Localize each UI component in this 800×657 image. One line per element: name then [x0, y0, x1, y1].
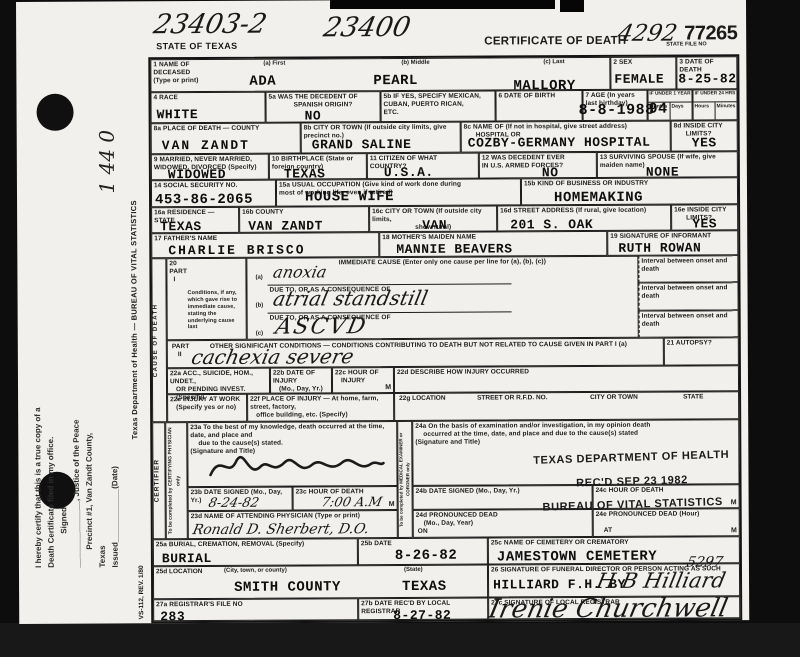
field-hour-of-injury: 22c HOUR OF INJURY M [332, 367, 394, 393]
field-informant-signature: 19 SIGNATURE OF INFORMANT RUTH ROWAN [607, 230, 738, 256]
sub-label-days: Days [671, 102, 692, 119]
field-label: 5b IF YES, SPECIFY MEXICAN, [381, 91, 494, 101]
field-occupation: 15a USUAL OCCUPATION (Give kind of work … [276, 178, 521, 206]
value-street: 201 S. OAK [510, 218, 593, 231]
value-inside-city-8d: YES [692, 136, 717, 149]
field-injury-at-work: 22e INJURY AT WORK (Specify yes or no) [167, 394, 247, 422]
field-23c-hour-of-death: 23c HOUR OF DEATH 7:00 A.M M [293, 486, 398, 511]
received-stamp: TEXAS DEPARTMENT OF HEALTH REC'D SEP 23 … [523, 443, 740, 521]
conditions-note: Conditions, if any, which gave rise to i… [186, 289, 246, 332]
value-date-of-death: 8-25-82 [678, 72, 736, 85]
form-number-label: VS-112, REV. 1/80 [138, 479, 150, 619]
interval-label: Interval between onset and death [639, 283, 737, 301]
value-residence-state: TEXAS [160, 220, 202, 233]
field-label: (Specify yes or no) [168, 404, 246, 413]
value-age: 94 [649, 102, 668, 117]
margin-line: Issued____________(Date) [108, 291, 122, 567]
line-b-label: (b) [256, 303, 264, 309]
cause-line-b-handwriting: atrial standstill [271, 286, 430, 311]
field-marital-status: 9 MARRIED, NEVER MARRIED, WIDOWED, DIVOR… [151, 154, 269, 181]
handwritten-number: 23403-2 [151, 9, 270, 41]
value-industry: HOMEMAKING [554, 191, 643, 205]
sub-label-minutes: Minutes [716, 102, 737, 119]
field-label: (Mo., Day, Year) [414, 519, 592, 528]
field-disposition-location: 25d LOCATION (City, town, or county) (St… [153, 565, 488, 600]
field-label: 8b CITY OR TOWN (If outside city limits,… [302, 123, 460, 133]
scanner-artifact-bar [330, 0, 555, 9]
field-23a-certification: 23a To the best of my knowledge, death o… [187, 421, 397, 487]
at-label: AT [602, 526, 614, 535]
interval-box-a: Interval between onset and death [638, 255, 738, 283]
value-citizen: U.S.A. [384, 166, 434, 179]
hour-of-death-handwriting: 7:00 A.M [320, 495, 383, 510]
interval-label: Interval between onset and death [639, 256, 737, 274]
value-location-state: TEXAS [402, 580, 447, 594]
field-autopsy: 21 AUTOPSY? [664, 337, 739, 365]
funeral-director-signature-handwriting: H B Hilliard [595, 568, 728, 593]
cause-of-death-side-label: CAUSE OF DEATH [151, 258, 167, 422]
value-disposition-date: 8-26-82 [395, 549, 457, 563]
field-surviving-spouse: 13 SURVIVING SPOUSE (If wife, give maide… [597, 151, 738, 178]
value-armed-forces: NO [542, 166, 559, 179]
part-roman: II [176, 350, 184, 359]
cause-line-c-handwriting: ASCVD [273, 314, 370, 340]
field-race: 4 RACE WHITE [150, 92, 265, 124]
value-occupation: HOUSE WIFE [305, 190, 394, 204]
value-place-city: GRAND SALINE [312, 138, 412, 152]
field-label: IF UNDER 1 YEAR [648, 90, 691, 97]
attending-physician-handwriting: Ronald D. Sherbert, D.O. [191, 521, 371, 538]
field-label: 27a REGISTRAR'S FILE NO [154, 599, 357, 609]
field-mother-maiden-name: 18 MOTHER'S MAIDEN NAME MANNIE BEAVERS [379, 231, 607, 257]
field-if-under-24-hrs: IF UNDER 24 HRS Hours Minutes [692, 89, 737, 120]
cause-part1-lines: IMMEDIATE CAUSE (Enter only one cause pe… [246, 256, 638, 340]
field-place-city: 8b CITY OR TOWN (If outside city limits,… [301, 122, 461, 154]
margin-certification-text: I hereby certify that this is a true cop… [32, 291, 125, 567]
sub-label-first: (a) First [263, 61, 285, 67]
field-label: 19 SIGNATURE OF INFORMANT [608, 231, 737, 241]
certifying-physician-side-label: To be completed by CERTIFYING PHYSICIAN … [165, 422, 188, 539]
field-label: 23d NAME OF ATTENDING PHYSICIAN (Type or… [189, 511, 397, 521]
meridiem-mark: M [385, 384, 391, 391]
field-birthplace: 10 BIRTHPLACE (State or foreign country)… [269, 153, 367, 180]
medical-examiner-side-label: To be completed by MEDICAL EXAMINER or C… [397, 421, 413, 538]
field-label: 8d INSIDE CITY [672, 121, 737, 130]
location-label: 22g LOCATION [399, 395, 446, 402]
part-number: 20 [167, 259, 245, 269]
on-label: ON [416, 527, 430, 536]
field-label: 25c NAME OF CEMETERY OR CREMATORY [489, 537, 739, 547]
agency-vertical-label: Texas Department of Health — BUREAU OF V… [128, 59, 147, 439]
field-label: 2 SEX [611, 58, 675, 67]
field-label: IN U.S. ARMED FORCES? [480, 162, 596, 171]
field-label: IF UNDER 24 HRS [693, 90, 736, 97]
field-label: 22f PLACE OF INJURY — At home, farm, str… [248, 394, 393, 412]
value-residence-county: VAN ZANDT [248, 219, 323, 232]
value-burial: BURIAL [162, 552, 212, 565]
value-informant: RUTH ROWAN [618, 241, 701, 254]
handwritten-number: 23400 [321, 12, 413, 43]
field-spanish-specify: 5b IF YES, SPECIFY MEXICAN, CUBAN, PUERT… [380, 90, 495, 122]
field-date-of-injury: 22b DATE OF INJURY (Mo., Day, Yr.) [270, 367, 332, 393]
field-label: 25b DATE [359, 539, 487, 549]
field-local-registrar-signature: 27c SIGNATURE OF LOCAL REGISTRAR Irenie … [488, 596, 740, 619]
margin-handwritten-note: 1 44 0 [94, 73, 125, 193]
value-registrar-file-no: 283 [160, 610, 185, 623]
field-inside-city-limits-16e: 16e INSIDE CITY LIMITS? YES [671, 204, 738, 230]
field-ssn: 14 SOCIAL SECURITY NO. 453-86-2065 [151, 180, 276, 208]
field-label: 22b DATE OF INJURY [271, 368, 331, 386]
value-location-city: SMITH COUNTY [234, 580, 341, 595]
field-label: 23a To the best of my knowledge, death o… [188, 422, 396, 440]
hole-punch-icon [36, 94, 73, 131]
physician-signature-scribble [206, 444, 386, 483]
field-date-of-birth: 6 DATE OF BIRTH [495, 90, 582, 121]
value-registrar-date: 8-27-82 [393, 609, 451, 622]
field-date-of-death: 3 DATE OF DEATH 8-25-82 [676, 56, 737, 89]
field-label: 7 AGE (In years [583, 91, 646, 100]
field-registrar-date: 27b DATE REC'D BY LOCAL REGISTRAR 8-27-8… [358, 598, 488, 621]
sub-label-hours: Hours [694, 102, 716, 119]
field-place-of-injury: 22f PLACE OF INJURY — At home, farm, str… [247, 393, 394, 422]
value-sex: FEMALE [614, 73, 664, 86]
cause-part1-box: 20 PART I Conditions, if any, which gave… [166, 258, 246, 340]
value-birthplace: TEXAS [284, 167, 326, 180]
field-burial-cremation: 25a BURIAL, CREMATION, REMOVAL (Specify)… [153, 538, 358, 566]
field-how-injury-occurred: 22d DESCRIBE HOW INJURY OCCURRED [394, 365, 739, 393]
line-c-label: (c) [256, 331, 263, 337]
value-last-name: MALLORY [513, 79, 575, 93]
certificate-title: CERTIFICATE OF DEATH [484, 35, 626, 48]
cause-part2-box: PART II OTHER SIGNIFICANT CONDITIONS — C… [167, 338, 664, 369]
field-registrar-file-no: 27a REGISTRAR'S FILE NO 283 [153, 598, 358, 621]
value-date-of-birth: 8-8-1988 [579, 103, 655, 118]
meridiem-mark: M [731, 527, 737, 534]
field-place-of-death-county: 8a PLACE OF DEATH — COUNTY VAN ZANDT [151, 123, 301, 155]
field-label: 10 BIRTHPLACE (State or [270, 154, 366, 164]
field-label: 21 AUTOPSY? [665, 338, 738, 348]
value-mother: MANNIE BEAVERS [396, 242, 512, 256]
value-residence-city: VAN [422, 219, 447, 232]
field-injury-location: 22g LOCATION STREET OR R.F.D. NO. CITY O… [394, 391, 739, 421]
field-label: 22c HOUR OF [333, 368, 393, 377]
local-registrar-signature-handwriting: Irenie Churchwell [486, 593, 730, 624]
field-label: 25d LOCATION [156, 568, 203, 575]
field-label: 22e INJURY AT WORK [168, 395, 246, 405]
field-label: ETC. [382, 109, 495, 118]
field-label: 16e INSIDE CITY [672, 205, 737, 214]
state-file-no-value: 77265 [684, 22, 737, 45]
date-signed-handwriting: 8-24-82 [207, 496, 260, 511]
interval-box-b: Interval between onset and death [638, 282, 738, 311]
field-sex: 2 SEX FEMALE [610, 57, 676, 90]
field-hospital-name: 8c NAME OF (If not in hospital, give str… [461, 121, 671, 153]
death-certificate-paper: I hereby certify that this is a true cop… [16, 0, 749, 624]
value-middle-name: PEARL [373, 74, 418, 88]
cause-line-a-handwriting: anoxia [271, 262, 328, 281]
scanned-death-certificate: I hereby certify that this is a true cop… [0, 0, 800, 657]
value-spouse: NONE [646, 166, 679, 179]
scanner-artifact-mark [560, 0, 584, 12]
other-conditions-handwriting: cachexia severe [189, 344, 356, 369]
field-label: 22d DESCRIBE HOW INJURY OCCURRED [395, 366, 738, 377]
part-roman: I [167, 276, 245, 285]
certifier-side-label: CERTIFIER [152, 422, 166, 539]
field-disposition-date: 25b DATE 8-26-82 [358, 538, 488, 566]
value-ssn: 453-86-2065 [155, 193, 253, 208]
field-label: 16b COUNTY [240, 207, 368, 217]
field-residence-state: 16a RESIDENCE — STATE TEXAS [151, 207, 239, 233]
field-armed-forces: 12 WAS DECEDENT EVER IN U.S. ARMED FORCE… [479, 152, 597, 179]
value-marital: WIDOWED [168, 168, 226, 181]
sub-label-last: (c) Last [543, 59, 564, 65]
value-place-county: VAN ZANDT [162, 139, 250, 152]
certificate-form: 1 NAME OF DECEASED (Type or print) (a) F… [148, 54, 742, 623]
sub-label-state: (State) [404, 567, 423, 573]
value-first-name: ADA [249, 75, 276, 89]
field-label: INJURY [333, 377, 393, 385]
handwritten-cert-number: 4292 [615, 21, 679, 47]
field-spanish-origin: 5a WAS THE DECEDENT OF SPANISH ORIGIN? N… [265, 91, 380, 123]
field-label: 25a BURIAL, CREMATION, REMOVAL (Specify) [154, 539, 357, 549]
field-residence-city: 16c CITY OR TOWN (If outside city limits… [369, 205, 497, 232]
sub-label-middle: (b) Middle [401, 60, 429, 66]
interval-box-c: Interval between onset and death [639, 310, 739, 338]
field-manner-of-death: 22a ACC., SUICIDE, HOM., UNDET., OR PEND… [167, 368, 270, 395]
field-label: 22a ACC., SUICIDE, HOM., UNDET., [168, 369, 269, 387]
sub-label-city: (City, town, or county) [224, 568, 287, 574]
city-label: CITY OR TOWN [590, 394, 638, 401]
value-hospital: COZBY-GERMANY HOSPITAL [468, 136, 651, 150]
meridiem-mark: M [389, 501, 395, 508]
street-label: STREET OR R.F.D. NO. [477, 394, 547, 401]
field-citizen: 11 CITIZEN OF WHAT COUNTRY? U.S.A. [367, 153, 479, 180]
field-label: 16d STREET ADDRESS (If rural, give locat… [498, 206, 670, 216]
state-label: STATE OF TEXAS [156, 41, 237, 51]
value-race: WHITE [157, 108, 199, 121]
field-label: office building, etc. (Specify) [248, 411, 393, 420]
value-spanish-origin: NO [305, 109, 322, 122]
state-label: STATE [683, 393, 703, 400]
value-cemetery: JAMESTOWN CEMETERY [497, 550, 657, 565]
value-father: CHARLIE BRISCO [168, 243, 305, 257]
interval-label: Interval between onset and death [640, 311, 738, 329]
field-industry: 15b KIND OF BUSINESS OR INDUSTRY HOMEMAK… [521, 177, 738, 205]
field-father-name: 17 FATHER'S NAME CHARLIE BRISCO [151, 232, 379, 258]
field-name-of-deceased: 1 NAME OF DECEASED (Type or print) (a) F… [150, 57, 610, 92]
value-inside-city-16e: YES [692, 217, 717, 230]
field-23b-date-signed: 23b DATE SIGNED (Mo., Day, Yr.) 8-24-82 [188, 487, 293, 512]
field-street-address: 16d STREET ADDRESS (If rural, give locat… [497, 205, 671, 232]
field-inside-city-limits-8d: 8d INSIDE CITY LIMITS? YES [671, 120, 738, 151]
field-label: SPANISH ORIGIN? [267, 101, 380, 110]
sub-columns: Hours Minutes [694, 101, 737, 119]
field-label: 8a PLACE OF DEATH — COUNTY [152, 124, 300, 134]
line-a-label: (a) [255, 275, 262, 281]
field-funeral-director-signature: 26 SIGNATURE OF FUNERAL DIRECTOR OR PERS… [488, 563, 740, 597]
field-23d-attending-physician: 23d NAME OF ATTENDING PHYSICIAN (Type or… [188, 510, 398, 539]
field-label: 4 RACE [151, 93, 264, 103]
field-residence-county: 16b COUNTY VAN ZANDT [239, 206, 369, 233]
